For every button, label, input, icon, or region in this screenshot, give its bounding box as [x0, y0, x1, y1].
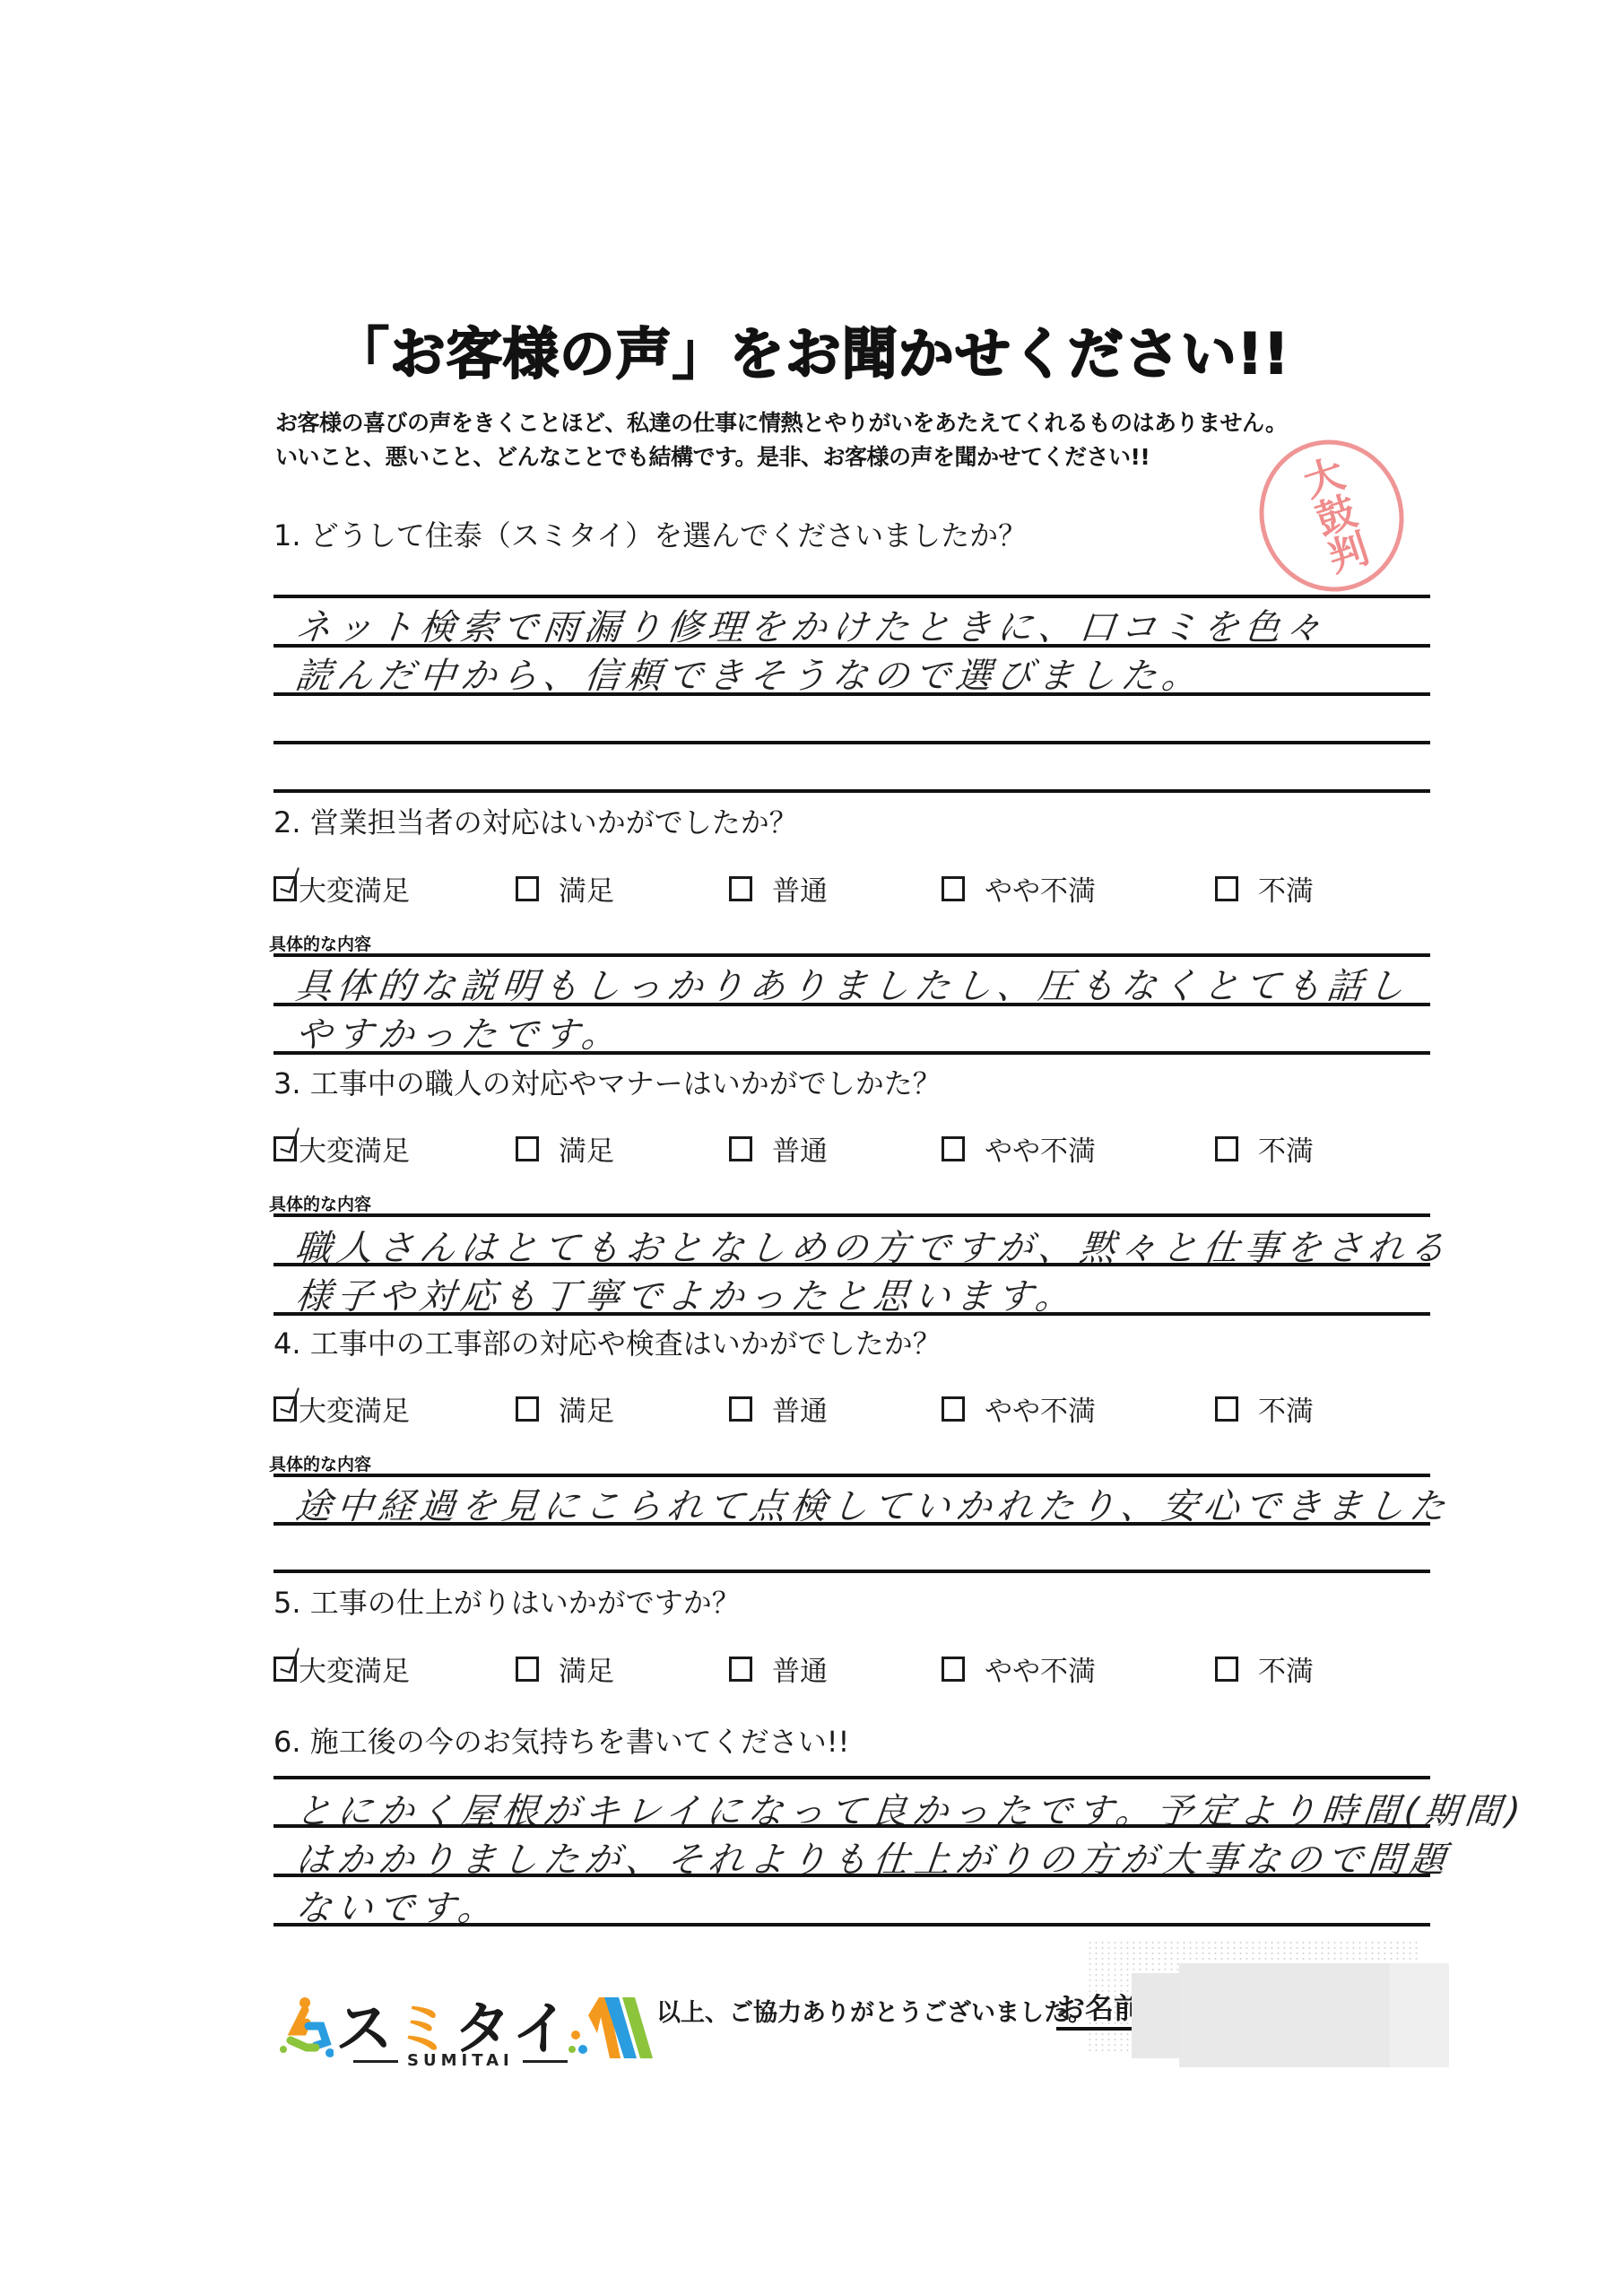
- question-text: 営業担当者の対応はいかがでしたか？: [310, 805, 798, 839]
- sumitai-logo: スミタイ SUMITAI: [280, 1978, 656, 2076]
- approval-stamp: 大鼓判: [1240, 421, 1424, 610]
- answer-line: [273, 1874, 1430, 1877]
- stamp-text: 大鼓判: [1294, 453, 1370, 578]
- option-label: やや不満: [985, 1648, 1096, 1689]
- rating-option[interactable]: 満足: [516, 1128, 614, 1169]
- option-label: やや不満: [985, 868, 1096, 909]
- question-number: 3.: [273, 1066, 301, 1100]
- checkbox-icon[interactable]: [516, 1657, 539, 1682]
- answer-line: [273, 1263, 1430, 1266]
- logo-right-mark-icon: [568, 1997, 654, 2060]
- checkbox-icon[interactable]: [942, 1396, 965, 1422]
- rating-group-4: 大変満足 満足 普通 やや不満 不満: [273, 1388, 1439, 1428]
- detail-label: 具体的な内容: [269, 931, 371, 955]
- option-label: 不満: [1258, 1128, 1314, 1169]
- rating-option[interactable]: 不満: [1215, 1128, 1314, 1169]
- question-3: 3. 工事中の職人の対応やマナーはいかがでしかた？: [273, 1061, 942, 1102]
- rating-option[interactable]: やや不満: [942, 1128, 1096, 1169]
- question-text: 工事中の工事部の対応や検査はいかがでしたか？: [310, 1326, 942, 1361]
- question-text: 施工後の今のお気持ちを書いてください!!: [310, 1725, 850, 1759]
- thanks-message: 以上、ご協力ありがとうございました。: [656, 1993, 1092, 2028]
- name-redaction: [1390, 1963, 1449, 2067]
- answer-line: [273, 789, 1430, 793]
- answer-line: [273, 741, 1430, 744]
- answer-1-line-2[interactable]: 読んだ中から、信頼できそうなので選びました。: [293, 648, 1206, 699]
- option-label: 満足: [559, 1388, 614, 1429]
- checkbox-checked-icon[interactable]: [273, 1657, 297, 1682]
- question-5: 5. 工事の仕上がりはいかがですか？: [273, 1580, 741, 1622]
- checkbox-checked-icon[interactable]: [273, 1396, 297, 1422]
- rating-option[interactable]: 普通: [729, 1388, 828, 1429]
- question-text: 工事の仕上がりはいかがですか？: [310, 1586, 741, 1620]
- answer-line: [273, 1522, 1430, 1526]
- rating-option[interactable]: 不満: [1215, 868, 1314, 909]
- rating-option[interactable]: 普通: [729, 1128, 828, 1169]
- rating-option[interactable]: やや不満: [942, 1648, 1096, 1689]
- checkbox-checked-icon[interactable]: [273, 876, 297, 901]
- answer-line: [273, 1051, 1430, 1055]
- checkbox-icon[interactable]: [942, 876, 965, 901]
- rating-option[interactable]: 大変満足: [273, 1648, 410, 1689]
- rating-option[interactable]: 普通: [729, 1648, 828, 1689]
- option-label: 普通: [772, 1388, 828, 1429]
- option-label: 不満: [1258, 868, 1314, 909]
- question-4: 4. 工事中の工事部の対応や検査はいかがでしたか？: [273, 1321, 942, 1362]
- option-label: 満足: [559, 868, 614, 909]
- option-label: やや不満: [985, 1388, 1096, 1429]
- rating-option[interactable]: 大変満足: [273, 868, 410, 909]
- rating-option[interactable]: 不満: [1215, 1648, 1314, 1689]
- checkbox-icon[interactable]: [1215, 1136, 1238, 1161]
- checkbox-icon[interactable]: [729, 1396, 752, 1422]
- page-title: 「お客様の声」をお聞かせください!!: [0, 309, 1623, 389]
- name-label: お名前: [1056, 1986, 1142, 2031]
- question-number: 4.: [273, 1326, 301, 1361]
- checkbox-icon[interactable]: [729, 876, 752, 901]
- question-6: 6. 施工後の今のお気持ちを書いてください!!: [273, 1719, 849, 1761]
- checkbox-icon[interactable]: [1215, 1657, 1238, 1682]
- rating-option[interactable]: やや不満: [942, 1388, 1096, 1429]
- detail-label: 具体的な内容: [269, 1451, 371, 1475]
- checkbox-icon[interactable]: [516, 1396, 539, 1422]
- rating-option[interactable]: 大変満足: [273, 1128, 410, 1169]
- answer-line: [273, 1776, 1430, 1779]
- option-label: 普通: [772, 868, 828, 909]
- checkbox-icon[interactable]: [942, 1136, 965, 1161]
- intro-line-2: いいこと、悪いこと、どんなことでも結構です。是非、お客様の声を聞かせてください!…: [275, 439, 1150, 472]
- answer-line: [273, 595, 1430, 598]
- question-number: 6.: [273, 1725, 301, 1759]
- answer-line: [273, 1570, 1430, 1573]
- option-label: 満足: [559, 1128, 614, 1169]
- detail-label: 具体的な内容: [269, 1191, 371, 1215]
- rating-group-3: 大変満足 満足 普通 やや不満 不満: [273, 1128, 1439, 1168]
- rating-group-2: 大変満足 満足 普通 やや不満 不満: [273, 868, 1439, 908]
- rating-option[interactable]: 満足: [516, 1388, 614, 1429]
- rating-option[interactable]: 普通: [729, 868, 828, 909]
- option-label: 大変満足: [299, 1128, 410, 1169]
- option-label: 大変満足: [299, 868, 410, 909]
- checkbox-icon[interactable]: [1215, 876, 1238, 901]
- question-text: どうして住泰（スミタイ）を選んでくださいましたか？: [310, 518, 1027, 552]
- option-label: 大変満足: [299, 1648, 410, 1689]
- checkbox-checked-icon[interactable]: [273, 1136, 297, 1161]
- checkbox-icon[interactable]: [516, 876, 539, 901]
- answer-line: [273, 1923, 1430, 1926]
- option-label: 普通: [772, 1648, 828, 1689]
- answer-1-line-1[interactable]: ネット検索で雨漏り修理をかけたときに、口コミを色々: [293, 599, 1330, 650]
- answer-line: [273, 1824, 1430, 1828]
- option-label: 満足: [559, 1648, 614, 1689]
- checkbox-icon[interactable]: [516, 1136, 539, 1161]
- checkbox-icon[interactable]: [729, 1136, 752, 1161]
- answer-line: [273, 953, 1430, 957]
- question-text: 工事中の職人の対応やマナーはいかがでしかた？: [310, 1066, 942, 1100]
- rating-option[interactable]: やや不満: [942, 868, 1096, 909]
- rating-option[interactable]: 満足: [516, 1648, 614, 1689]
- question-number: 2.: [273, 805, 301, 839]
- answer-line: [273, 1312, 1430, 1316]
- answer-line: [273, 1474, 1430, 1477]
- checkbox-icon[interactable]: [942, 1657, 965, 1682]
- answer-line: [273, 1213, 1430, 1217]
- answer-2-line-1[interactable]: 具体的な説明もしっかりありましたし、圧もなくとても話し: [293, 958, 1412, 1009]
- checkbox-icon[interactable]: [1215, 1396, 1238, 1422]
- option-label: 不満: [1258, 1388, 1314, 1429]
- logo-subtitle: SUMITAI: [344, 2051, 577, 2070]
- rating-option[interactable]: 満足: [516, 868, 614, 909]
- rating-option[interactable]: 不満: [1215, 1388, 1314, 1429]
- question-1: 1. どうして住泰（スミタイ）を選んでくださいましたか？: [273, 513, 1027, 554]
- answer-line: [273, 692, 1430, 696]
- answer-2-line-2[interactable]: やすかったです。: [293, 1006, 626, 1057]
- option-label: 不満: [1258, 1648, 1314, 1689]
- question-number: 5.: [273, 1586, 301, 1620]
- option-label: やや不満: [985, 1128, 1096, 1169]
- option-label: 大変満足: [299, 1388, 410, 1429]
- rating-option[interactable]: 大変満足: [273, 1388, 410, 1429]
- question-2: 2. 営業担当者の対応はいかがでしたか？: [273, 800, 798, 841]
- question-number: 1.: [273, 518, 301, 552]
- rating-group-5: 大変満足 満足 普通 やや不満 不満: [273, 1648, 1439, 1688]
- intro-line-1: お客様の喜びの声をきくことほど、私達の仕事に情熱とやりがいをあたえてくれるものは…: [275, 405, 1288, 438]
- checkbox-icon[interactable]: [729, 1657, 752, 1682]
- logo-left-mark-icon: [280, 1996, 334, 2063]
- option-label: 普通: [772, 1128, 828, 1169]
